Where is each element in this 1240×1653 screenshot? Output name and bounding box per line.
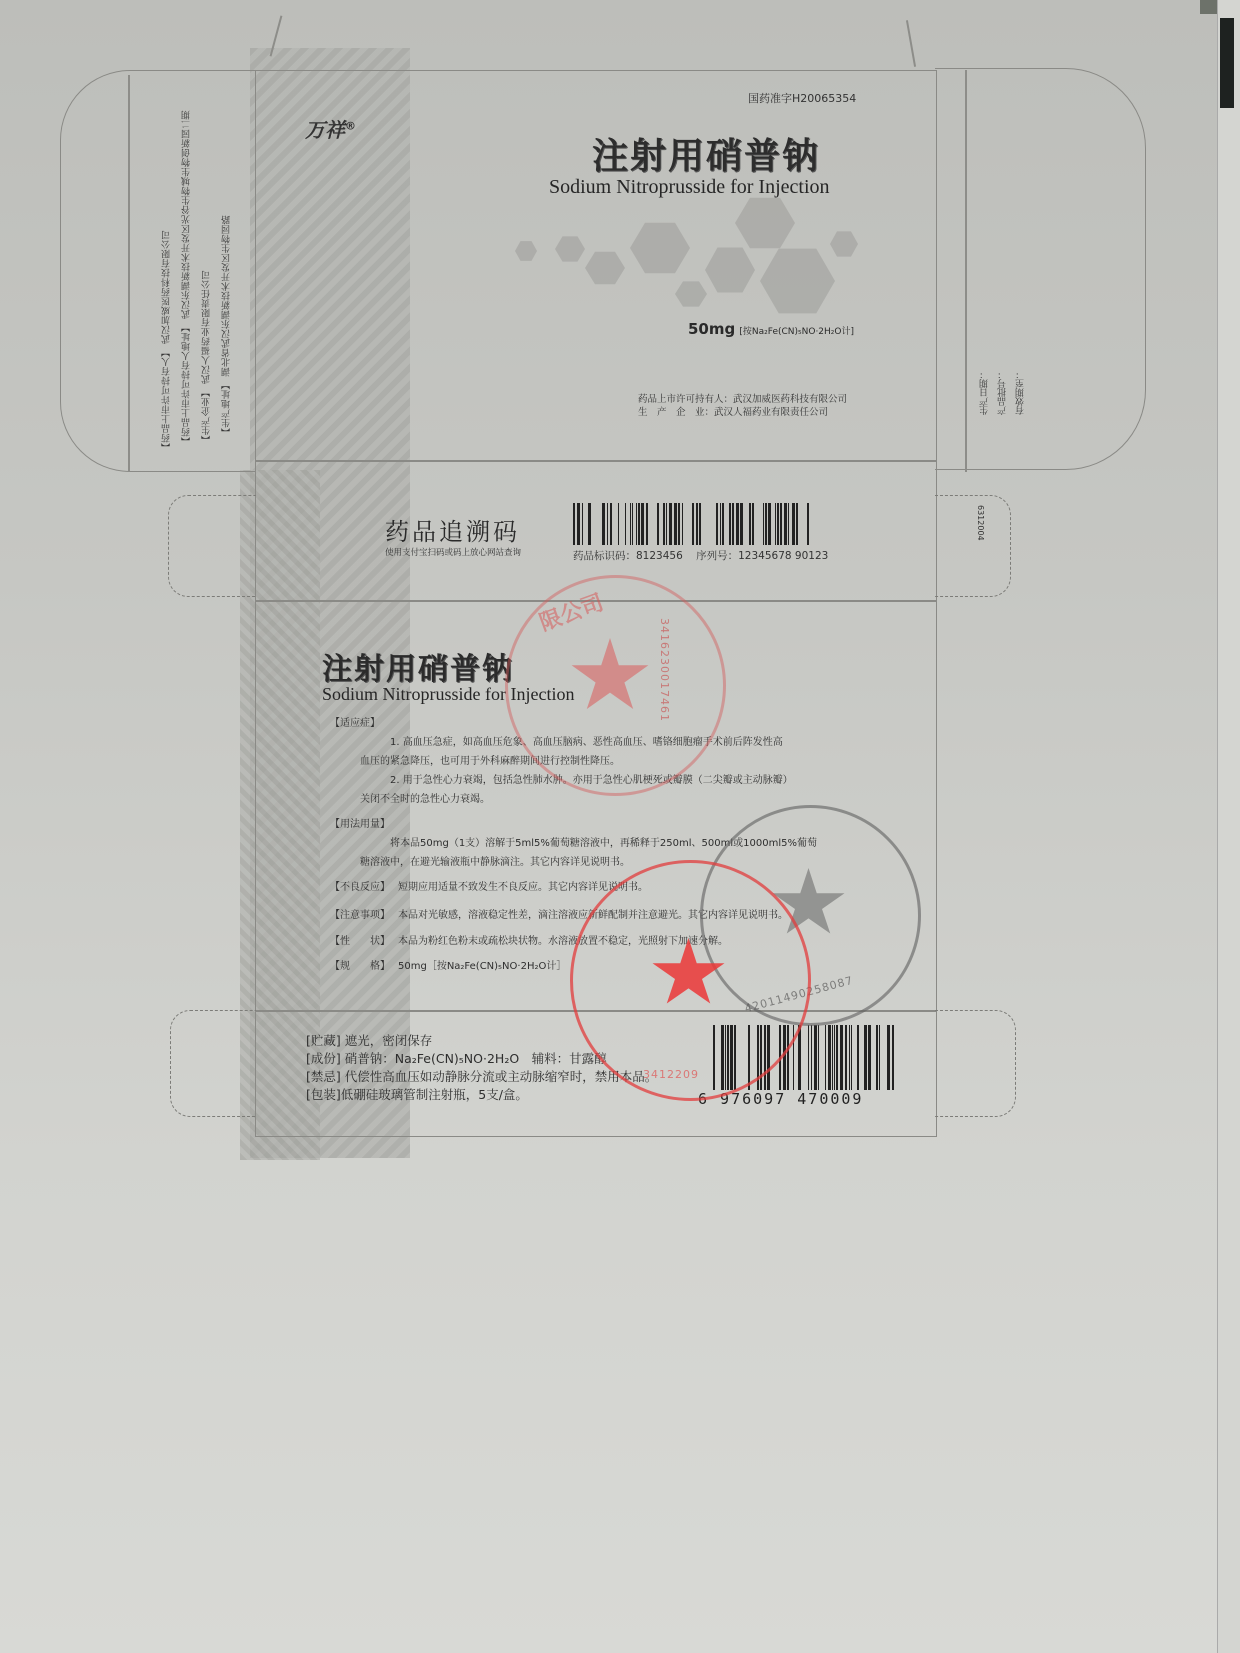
package-text: 低硼硅玻璃管制注射瓶，5支/盒。 [341, 1087, 528, 1102]
left-flap-line-2: 【药品上市许可持有人地址】 武汉东湖新技术开发区光谷生物城生物创新园二期 [180, 110, 193, 446]
expiry-date-label: 有效期至： [1014, 370, 1027, 415]
trace-code-subtitle: 使用支付宝扫码或码上放心网站查询 [385, 546, 521, 558]
section-heading: 【规 格】 [330, 957, 390, 976]
top-cut-right [906, 20, 916, 67]
product-title-en: Sodium Nitroprusside for Injection [549, 176, 830, 199]
composition-label: [成份] [306, 1051, 341, 1066]
seal-number: 3416230017461 [658, 618, 671, 722]
bottom-flap-left [170, 1010, 256, 1117]
drug-id: 8123456 [636, 550, 683, 562]
top-red-seal: 限公司 3416230017461 [505, 575, 726, 796]
contraindication-line: [禁忌] 代偿性高血压如动静脉分流或主动脉缩窄时，禁用本品。 [306, 1068, 657, 1086]
seal-number: 3412209 [643, 1068, 699, 1081]
fold-line-right [965, 70, 967, 472]
scanned-page: 【药品上市许可持有人】 武汉加威医药科技有限公司 【药品上市许可持有人地址】 武… [0, 0, 1240, 1653]
batch-number-label: 产品批号： [996, 370, 1009, 415]
storage-label: [贮藏] [306, 1033, 341, 1048]
brand-logo: 万祥® [305, 114, 356, 143]
bottom-flap-right [935, 1010, 1016, 1117]
dust-flap-right [935, 495, 1011, 597]
trace-numbers: 药品标识码：8123456 序列号：12345678 90123 [573, 548, 828, 563]
fold-line-left [128, 75, 130, 472]
section-heading: 【注意事项】 [330, 906, 390, 925]
left-flap-line-1: 【药品上市许可持有人】 武汉加威医药科技有限公司 [160, 230, 173, 452]
brand-name: 万祥 [305, 118, 345, 142]
section-line: 50mg［按Na₂Fe(CN)₅NO·2H₂O计］ [398, 961, 566, 972]
registered-mark: ® [345, 119, 356, 132]
bottom-red-seal: 3412209 [570, 860, 811, 1101]
strength: 50mg [按Na₂Fe(CN)₅NO·2H₂O计] [688, 320, 854, 338]
production-date-label: 生产日期： [978, 370, 991, 415]
section-heading: 【不良反应】 [330, 878, 390, 897]
composition-text: 硝普钠：Na₂Fe(CN)₅NO·2H₂O 辅料：甘露醇 [345, 1051, 607, 1066]
seal-star-icon [651, 938, 726, 1010]
left-flap-line-3: 【生产企业】 武汉人福药业有限责任公司 [200, 270, 213, 444]
back-title-cn: 注射用硝普钠 [322, 644, 514, 688]
storage-text: 遮光，密闭保存 [345, 1033, 433, 1048]
license-holder: 药品上市许可持有人：武汉加威医药科技有限公司 [638, 393, 847, 406]
dust-flap-left [168, 495, 256, 597]
contraindication-label: [禁忌] [306, 1069, 341, 1084]
section-heading: 【性 状】 [330, 932, 390, 951]
approval-number: 国药准字H20065354 [748, 90, 856, 106]
page-edge-strip [1217, 0, 1240, 1653]
strength-note: [按Na₂Fe(CN)₅NO·2H₂O计] [739, 327, 854, 337]
package-label: [包装] [306, 1087, 341, 1102]
package-line: [包装]低硼硅玻璃管制注射瓶，5支/盒。 [306, 1086, 657, 1104]
manufacturer: 生 产 企 业：武汉人福药业有限责任公司 [638, 406, 847, 419]
trace-code-title: 药品追溯码 [385, 512, 520, 547]
drug-id-label: 药品标识码： [573, 550, 636, 562]
left-flap-line-4: 【生产地址】 湖北省武汉东湖新技术开发区生物园路 [220, 215, 233, 437]
serial-number: 12345678 90123 [738, 550, 828, 562]
strength-value: 50mg [688, 320, 735, 338]
right-flap-code: 6312004 [976, 505, 985, 541]
serial-label: 序列号： [696, 550, 738, 562]
product-title-cn: 注射用硝普钠 [592, 128, 820, 179]
page-edge-shadow [1220, 18, 1234, 108]
manufacturer-info: 药品上市许可持有人：武汉加威医药科技有限公司 生 产 企 业：武汉人福药业有限责… [638, 393, 847, 419]
seal-star-icon [570, 638, 650, 716]
trace-barcode [573, 503, 816, 545]
